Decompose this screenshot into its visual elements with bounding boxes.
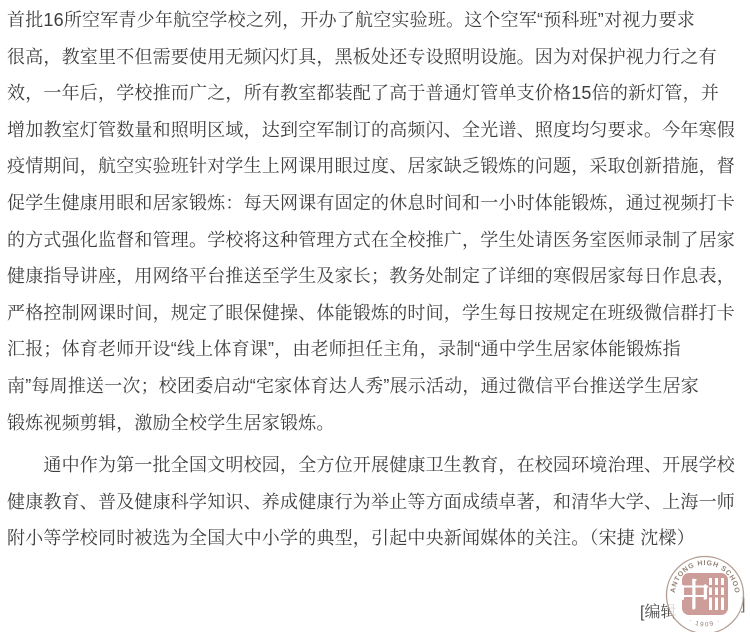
svg-text:· 1909 ·: · 1909 ·: [688, 617, 723, 628]
school-seal-watermark: NANTONG HIGH SCHOOL · 1909 · 中: [665, 555, 745, 632]
article-page: 首批16所空军青少年航空学校之列，开办了航空实验班。这个空军“预科班”对视力要求…: [0, 0, 750, 632]
seal-center-block: [682, 573, 728, 615]
seal-arc-text-top: NANTONG HIGH SCHOOL: [665, 555, 740, 594]
seal-ring: [667, 557, 744, 632]
seal-character: 中: [678, 577, 710, 613]
article-body: 首批16所空军青少年航空学校之列，开办了航空实验班。这个空军“预科班”对视力要求…: [7, 2, 745, 557]
article-paragraph-2: 通中作为第一批全国文明校园，全方位开展健康卫生教育，在校园环境治理、开展学校 健…: [7, 447, 745, 557]
school-seal-icon: NANTONG HIGH SCHOOL · 1909 · 中: [665, 555, 745, 632]
seal-arc-text-bottom: · 1909 ·: [688, 617, 723, 628]
editor-credit-bracket: ]: [741, 596, 745, 614]
editor-credit: [编辑: [640, 599, 676, 622]
article-paragraph-1: 首批16所空军青少年航空学校之列，开办了航空实验班。这个空军“预科班”对视力要求…: [7, 2, 745, 441]
svg-text:NANTONG HIGH SCHOOL: NANTONG HIGH SCHOOL: [665, 555, 740, 594]
seal-decoration: [709, 578, 724, 610]
